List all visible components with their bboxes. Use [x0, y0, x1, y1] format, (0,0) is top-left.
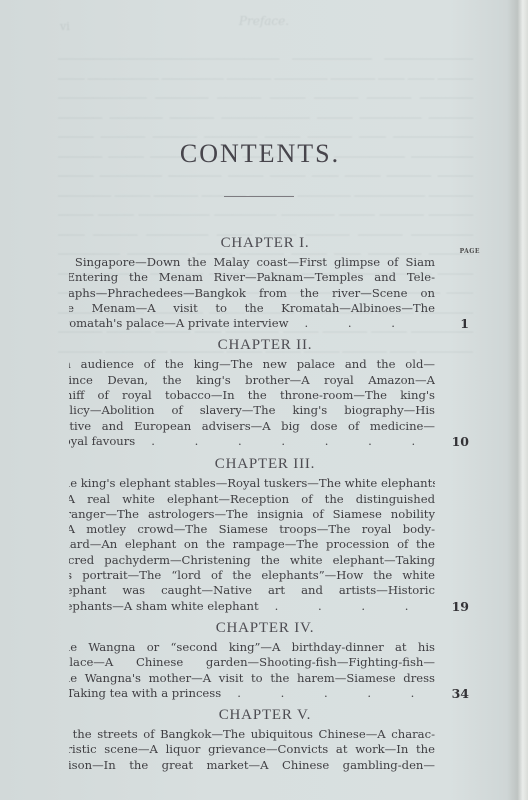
table-of-contents: CHAPTER I. PAGE At Singapore—Down the Ma…: [55, 232, 475, 773]
summary-line: —A motley crowd—The Siamese troops—The r…: [69, 522, 435, 537]
summary-line: guard—An elephant on the rampage—The pro…: [69, 537, 435, 552]
summary-line: policy—Abolition of slavery—The king's b…: [69, 403, 435, 418]
dot-leader: . . . . .: [289, 316, 435, 330]
summary-line: At Singapore—Down the Malay coast—First …: [69, 255, 435, 270]
summary-line: graphs—Phrachedees—Bangkok from the rive…: [69, 286, 435, 301]
ornament-divider: [224, 196, 294, 197]
chapter-3: CHAPTER III. The king's elephant stables…: [55, 453, 475, 614]
page-number: 34: [452, 686, 469, 701]
summary-line: his portrait—The “lord of the elephants”…: [69, 568, 435, 583]
summary-line: The Wangna's mother—A visit to the harem…: [69, 671, 435, 686]
summary-line: sacred pachyderm—Christening the white e…: [69, 553, 435, 568]
summary-line: Kromatah's palace—A private interview. .…: [69, 316, 435, 331]
page-column-label: PAGE: [460, 248, 480, 255]
summary-line: Prince Devan, the king's brother—A royal…: [69, 373, 435, 388]
chapter-summary: In the streets of Bangkok—The ubiquitous…: [55, 727, 475, 773]
chapter-5: CHAPTER V. In the streets of Bangkok—The…: [55, 704, 475, 773]
chapter-summary: The king's elephant stables—Royal tusker…: [55, 476, 475, 614]
bleed-through-folio: vi: [60, 20, 70, 33]
bleed-through-running-head: Preface.: [0, 14, 528, 28]
summary-line: —Entering the Menam River—Paknam—Temples…: [69, 270, 435, 285]
summary-line: palace—A Chinese garden—Shooting-fish—Fi…: [69, 655, 435, 670]
summary-line: An audience of the king—The new palace a…: [69, 357, 435, 372]
book-page: Preface. vi ───────────────────────── ──…: [0, 0, 528, 800]
summary-line: —A real white elephant—Reception of the …: [69, 492, 435, 507]
chapter-4: CHAPTER IV. The Wangna or “second king”—…: [55, 617, 475, 701]
summary-text: Kromatah's palace—A private interview: [69, 316, 289, 330]
chapter-heading: CHAPTER V.: [55, 704, 475, 726]
dot-leader: . . . . . . . . . .: [135, 434, 435, 448]
chapter-2: CHAPTER II. An audience of the king—The …: [55, 334, 475, 449]
chapter-heading: CHAPTER I.: [55, 232, 475, 254]
chapter-summary: At Singapore—Down the Malay coast—First …: [55, 255, 475, 331]
page-number: 1: [460, 316, 469, 331]
page-title: CONTENTS.: [0, 139, 520, 169]
summary-line: Royal favours. . . . . . . . . .: [69, 434, 435, 449]
chapter-heading: CHAPTER IV.: [55, 617, 475, 639]
dot-leader: . . . . .: [259, 599, 435, 613]
chapter-heading: CHAPTER II.: [55, 334, 475, 356]
summary-line: elephant was caught—Native art and artis…: [69, 583, 435, 598]
chapter-summary: The Wangna or “second king”—A birthday-d…: [55, 640, 475, 701]
chapter-summary: An audience of the king—The new palace a…: [55, 357, 475, 449]
summary-line: stranger—The astrologers—The insignia of…: [69, 507, 435, 522]
summary-text: —Taking tea with a princess: [69, 686, 221, 700]
summary-text: elephants—A sham white elephant: [69, 599, 259, 613]
summary-line: elephants—A sham white elephant. . . . .: [69, 599, 435, 614]
summary-line: native and European advisers—A big dose …: [69, 419, 435, 434]
chapter-1: CHAPTER I. PAGE At Singapore—Down the Ma…: [55, 232, 475, 331]
summary-line: the Menam—A visit to the Kromatah—Albino…: [69, 301, 435, 316]
summary-line: teristic scene—A liquor grievance—Convic…: [69, 742, 435, 757]
dot-leader: . . . . . .: [221, 686, 435, 700]
summary-text: Royal favours: [69, 434, 135, 448]
summary-line: In the streets of Bangkok—The ubiquitous…: [69, 727, 435, 742]
chapter-heading: CHAPTER III.: [55, 453, 475, 475]
summary-line: whiff of royal tobacco—In the throne-roo…: [69, 388, 435, 403]
summary-line: —Taking tea with a princess. . . . . .: [69, 686, 435, 701]
summary-line: The Wangna or “second king”—A birthday-d…: [69, 640, 435, 655]
summary-line: prison—In the great market—A Chinese gam…: [69, 758, 435, 773]
summary-line: The king's elephant stables—Royal tusker…: [69, 476, 435, 491]
page-number: 19: [452, 599, 469, 614]
page-number: 10: [452, 434, 469, 449]
